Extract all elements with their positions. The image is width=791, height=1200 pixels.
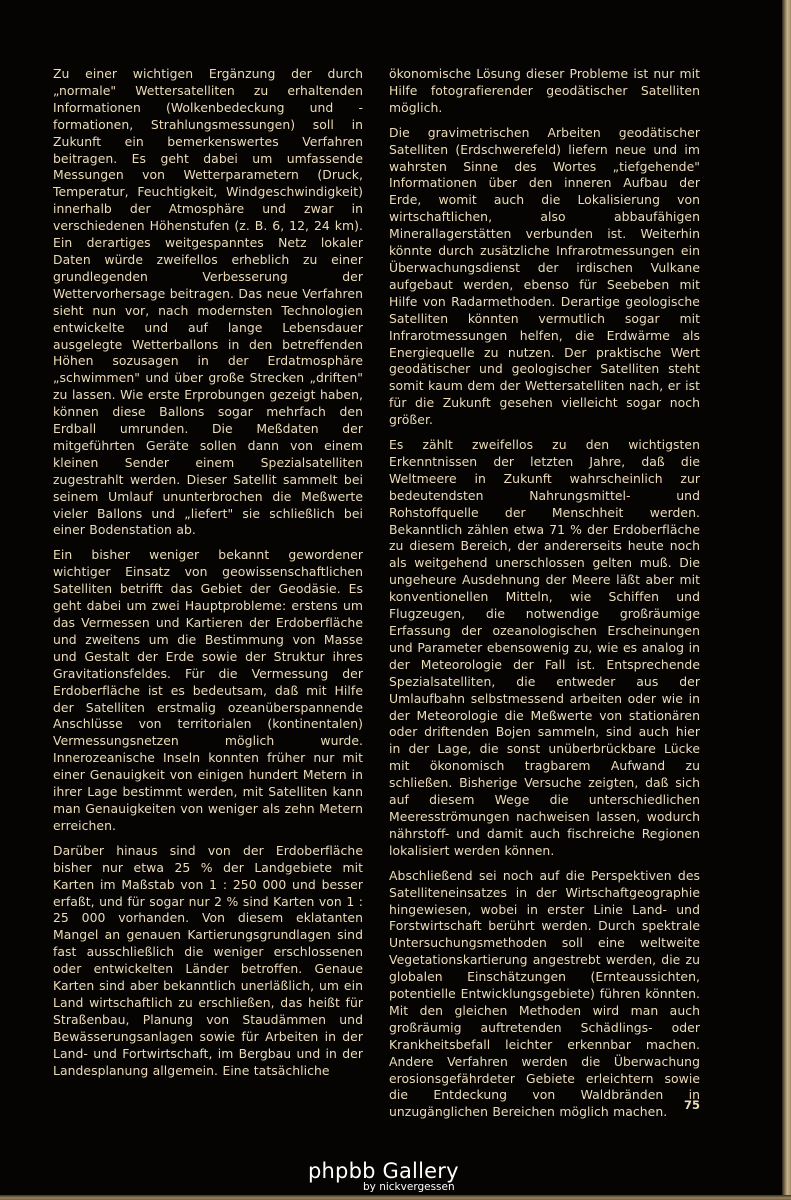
paragraph-economic-geography: Abschließend sei noch auf die Perspektiv… (389, 868, 700, 1122)
scanned-page: Zu einer wichtigen Ergänzung der durch „… (0, 0, 791, 1200)
paragraph-gravimetry: Die gravimetrischen Arbeiten geodätische… (389, 125, 700, 429)
paragraph-oceans: Es zählt zweifellos zu den wichtigsten E… (389, 437, 700, 860)
watermark-subtitle: by nickvergessen (363, 1181, 455, 1193)
right-text-column: ökonomische Lösung dieser Probleme ist n… (389, 66, 700, 1129)
paragraph-weather-balloons: Zu einer wichtigen Ergänzung der durch „… (53, 66, 363, 539)
page-edge-right (782, 0, 791, 1200)
paragraph-mapping: Darüber hinaus sind von der Erdoberfläch… (53, 843, 363, 1080)
left-text-column: Zu einer wichtigen Ergänzung der durch „… (53, 66, 363, 1087)
page-number: 75 (684, 1098, 700, 1112)
watermark-title: phpbb Gallery (308, 1160, 459, 1182)
paragraph-geodesy: Ein bisher weniger bekannt gewordener wi… (53, 547, 363, 834)
page-edge-bottom (0, 1195, 791, 1200)
paragraph-photographic-satellites: ökonomische Lösung dieser Probleme ist n… (389, 66, 700, 117)
